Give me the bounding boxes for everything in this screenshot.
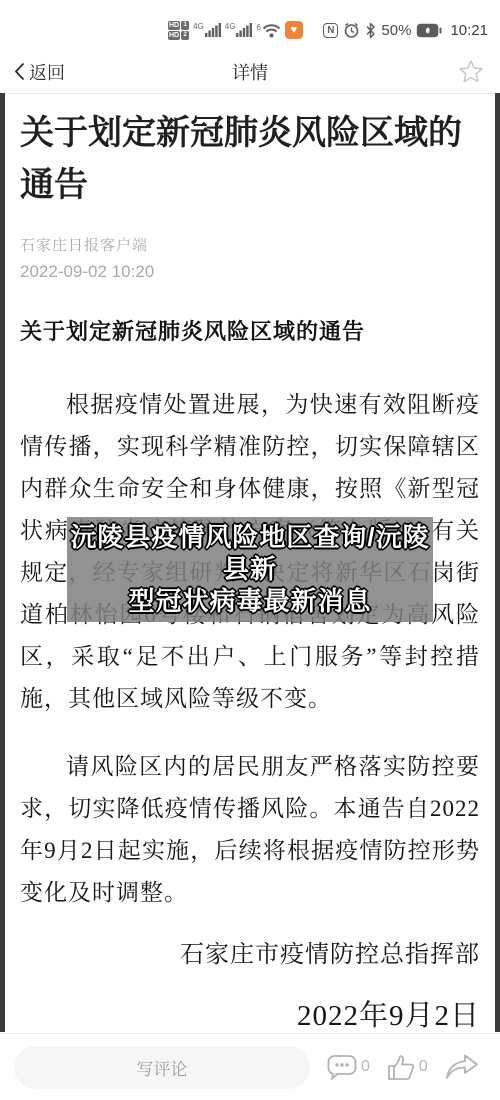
comment-input[interactable]: 写评论 (14, 1046, 310, 1089)
article-body-heading: 关于划定新冠肺炎风险区域的通告 (20, 315, 480, 346)
like-count: 0 (419, 1058, 428, 1076)
status-center-icons: HD 1 HD 2 4G 4G (168, 21, 303, 40)
wifi-icon-wrap: 6 (256, 23, 280, 38)
thumbs-up-icon (387, 1054, 415, 1081)
signal-strength-icon-2: 4G (225, 23, 253, 37)
hd-label: HD (168, 31, 180, 40)
signal-label: 4G (193, 23, 204, 31)
clock-time: 10:21 (450, 22, 488, 39)
battery-percent-label: 50% (381, 22, 411, 39)
battery-icon (416, 23, 442, 38)
article-signature: 石家庄市疫情防控总指挥部 (20, 934, 480, 969)
hd-label: HD (168, 21, 180, 30)
share-button[interactable] (445, 1054, 479, 1080)
volte-hd-icons: HD 1 HD 2 (168, 21, 189, 40)
signal-strength-icon-1: 4G (193, 23, 221, 37)
signal-bars-icon (205, 23, 221, 37)
alarm-clock-icon (343, 22, 360, 39)
screenshot-right-edge (495, 93, 500, 1032)
nfc-icon: N (323, 23, 338, 38)
hd2-num: 2 (181, 31, 189, 40)
hd2-icon: HD 2 (168, 31, 189, 40)
article-paragraph: 请风险区内的居民朋友严格落实防控要求，切实降低疫情传播风险。本通告自2022年9… (20, 746, 480, 914)
page-title: 详情 (0, 59, 500, 85)
status-right-icons: N 50% 10:21 (323, 22, 488, 39)
hd1-num: 1 (181, 21, 189, 30)
like-button[interactable]: 0 (387, 1054, 428, 1081)
comment-count-button[interactable]: 0 (327, 1054, 370, 1080)
hd1-icon: HD 1 (168, 21, 189, 30)
comment-bubble-icon (327, 1054, 357, 1080)
article-title: 关于划定新冠肺炎风险区域的通告 (20, 108, 480, 212)
bluetooth-icon (365, 22, 376, 39)
status-bar: HD 1 HD 2 4G 4G (0, 0, 500, 50)
nav-bar: 返回 详情 (0, 50, 500, 94)
watermark-overlay: 沅陵县疫情风险地区查询/沅陵县新 型冠状病毒最新消息 (67, 517, 433, 622)
phone-screen: HD 1 HD 2 4G 4G (0, 0, 500, 1100)
article-sign-date: 2022年9月2日 (20, 993, 480, 1034)
article-publish-time: 2022-09-02 10:20 (20, 262, 480, 282)
article-source: 石家庄日报客户端 (20, 234, 480, 255)
watermark-line-1: 沅陵县疫情风险地区查询/沅陵县新 (67, 521, 433, 585)
signal-label: 4G (225, 23, 236, 31)
watermark-line-2: 型冠状病毒最新消息 (67, 585, 433, 617)
share-arrow-icon (445, 1054, 479, 1080)
health-app-icon: ♥ (285, 21, 303, 39)
comment-count: 0 (361, 1058, 370, 1076)
bottom-bar: 写评论 0 0 (0, 1033, 500, 1100)
signal-bars-icon (236, 23, 252, 37)
screenshot-left-edge (0, 93, 5, 1032)
wifi6-label: 6 (256, 23, 260, 32)
wifi-icon (262, 23, 281, 38)
